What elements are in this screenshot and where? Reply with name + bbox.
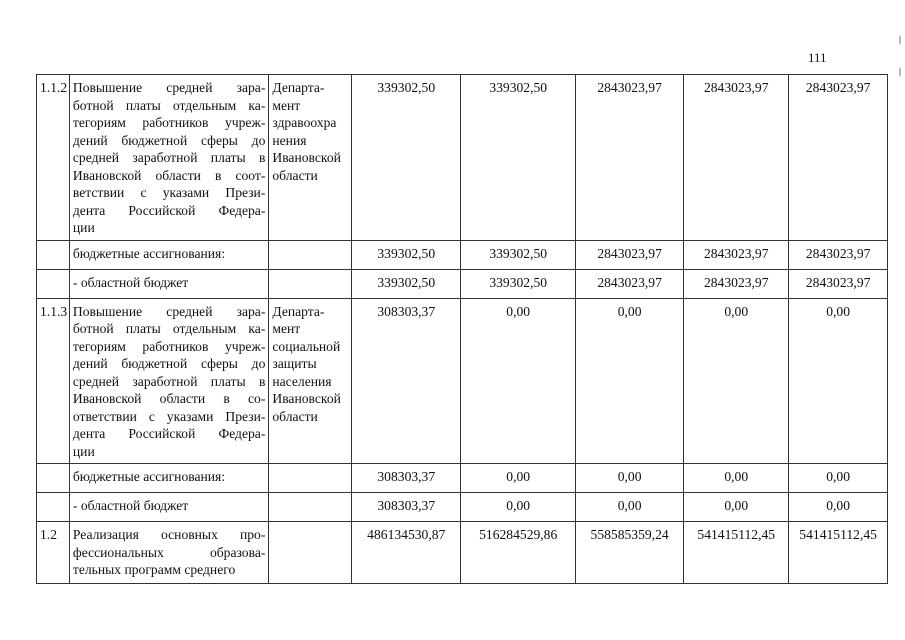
item-name-line: ботной платы отдельным ка-	[73, 320, 265, 338]
value-year-3: 2843023,97	[576, 240, 684, 269]
table-row: - областной бюджет339302,50339302,502843…	[37, 269, 888, 298]
value-year-5: 0,00	[789, 298, 888, 464]
responsible-department	[269, 522, 352, 584]
item-name-line: Ивановской области в со-	[73, 390, 265, 408]
value-year-5: 0,00	[789, 464, 888, 493]
item-name-line: ботной платы отдельным ка-	[73, 97, 265, 115]
value-year-1: 308303,37	[352, 298, 461, 464]
item-name-line: средней заработной платы в	[73, 373, 265, 391]
value-year-5: 0,00	[789, 493, 888, 522]
table-row: 1.1.2Повышение средней зара-ботной платы…	[37, 75, 888, 241]
department-line: области	[272, 167, 348, 185]
value-year-4: 541415112,45	[684, 522, 789, 584]
department-line: мент	[272, 97, 348, 115]
value-year-4: 0,00	[684, 298, 789, 464]
item-name: Повышение средней зара-ботной платы отде…	[69, 298, 268, 464]
department-line: здравоохра	[272, 114, 348, 132]
value-year-1: 339302,50	[352, 75, 461, 241]
department-line: защиты	[272, 355, 348, 373]
value-year-3: 0,00	[576, 493, 684, 522]
page-number: 111	[808, 50, 827, 66]
item-code	[37, 493, 70, 522]
item-code: 1.1.2	[37, 75, 70, 241]
value-year-4: 0,00	[684, 464, 789, 493]
department-line: социальной	[272, 338, 348, 356]
value-year-2: 0,00	[461, 493, 576, 522]
value-year-2: 516284529,86	[461, 522, 576, 584]
item-name-line: Повышение средней зара-	[73, 79, 265, 97]
item-code: 1.1.3	[37, 298, 70, 464]
responsible-department	[269, 269, 352, 298]
table-row: бюджетные ассигнования:339302,50339302,5…	[37, 240, 888, 269]
department-line: Департа-	[272, 79, 348, 97]
item-name-line: средней заработной платы в	[73, 149, 265, 167]
value-year-2: 339302,50	[461, 269, 576, 298]
item-name-line: Ивановской области в соот-	[73, 167, 265, 185]
item-name: бюджетные ассигнования:	[69, 464, 268, 493]
item-name-line: ответствии с указами Прези-	[73, 408, 265, 426]
item-code	[37, 464, 70, 493]
department-line: области	[272, 408, 348, 426]
value-year-3: 0,00	[576, 464, 684, 493]
value-year-5: 2843023,97	[789, 269, 888, 298]
value-year-2: 0,00	[461, 298, 576, 464]
item-name-line: Повышение средней зара-	[73, 303, 265, 321]
responsible-department: Департа-ментздравоохраненияИвановскойобл…	[269, 75, 352, 241]
item-code: 1.2	[37, 522, 70, 584]
item-name-line: фессиональных образова-	[73, 544, 265, 562]
budget-table: 1.1.2Повышение средней зара-ботной платы…	[36, 74, 888, 584]
table-row: 1.1.3Повышение средней зара-ботной платы…	[37, 298, 888, 464]
value-year-1: 339302,50	[352, 240, 461, 269]
item-name-line: дений бюджетной сферы до	[73, 355, 265, 373]
table-row: - областной бюджет308303,370,000,000,000…	[37, 493, 888, 522]
table-row: бюджетные ассигнования:308303,370,000,00…	[37, 464, 888, 493]
value-year-3: 558585359,24	[576, 522, 684, 584]
value-year-5: 2843023,97	[789, 240, 888, 269]
value-year-4: 2843023,97	[684, 240, 789, 269]
value-year-4: 0,00	[684, 493, 789, 522]
value-year-5: 2843023,97	[789, 75, 888, 241]
item-name: - областной бюджет	[69, 493, 268, 522]
value-year-4: 2843023,97	[684, 269, 789, 298]
department-line: мент	[272, 320, 348, 338]
item-name: Реализация основных про-фессиональных об…	[69, 522, 268, 584]
responsible-department	[269, 493, 352, 522]
department-line: Ивановской	[272, 390, 348, 408]
item-name-line: ции	[73, 219, 265, 237]
department-line: нения	[272, 132, 348, 150]
item-name-line: тегориям работников учреж-	[73, 114, 265, 132]
item-code	[37, 269, 70, 298]
item-name-line: дента Российской Федера-	[73, 202, 265, 220]
table-row: 1.2Реализация основных про-фессиональных…	[37, 522, 888, 584]
item-name-line: Реализация основных про-	[73, 526, 265, 544]
value-year-3: 0,00	[576, 298, 684, 464]
item-name-line: ции	[73, 443, 265, 461]
item-name-line: тельных программ среднего	[73, 561, 265, 579]
item-name: бюджетные ассигнования:	[69, 240, 268, 269]
department-line: Департа-	[272, 303, 348, 321]
item-code	[37, 240, 70, 269]
item-name-line: дента Российской Федера-	[73, 425, 265, 443]
item-name-line: дений бюджетной сферы до	[73, 132, 265, 150]
item-name-line: ветствии с указами Прези-	[73, 184, 265, 202]
department-line: населения	[272, 373, 348, 391]
value-year-1: 486134530,87	[352, 522, 461, 584]
value-year-1: 339302,50	[352, 269, 461, 298]
value-year-2: 339302,50	[461, 240, 576, 269]
value-year-1: 308303,37	[352, 493, 461, 522]
value-year-5: 541415112,45	[789, 522, 888, 584]
scan-artifact	[899, 36, 901, 44]
value-year-2: 0,00	[461, 464, 576, 493]
value-year-1: 308303,37	[352, 464, 461, 493]
responsible-department	[269, 464, 352, 493]
value-year-2: 339302,50	[461, 75, 576, 241]
value-year-3: 2843023,97	[576, 75, 684, 241]
value-year-3: 2843023,97	[576, 269, 684, 298]
value-year-4: 2843023,97	[684, 75, 789, 241]
scan-artifact	[899, 68, 901, 76]
item-name: Повышение средней зара-ботной платы отде…	[69, 75, 268, 241]
item-name-line: тегориям работников учреж-	[73, 338, 265, 356]
department-line: Ивановской	[272, 149, 348, 167]
item-name: - областной бюджет	[69, 269, 268, 298]
responsible-department	[269, 240, 352, 269]
responsible-department: Департа-ментсоциальнойзащитынаселенияИва…	[269, 298, 352, 464]
